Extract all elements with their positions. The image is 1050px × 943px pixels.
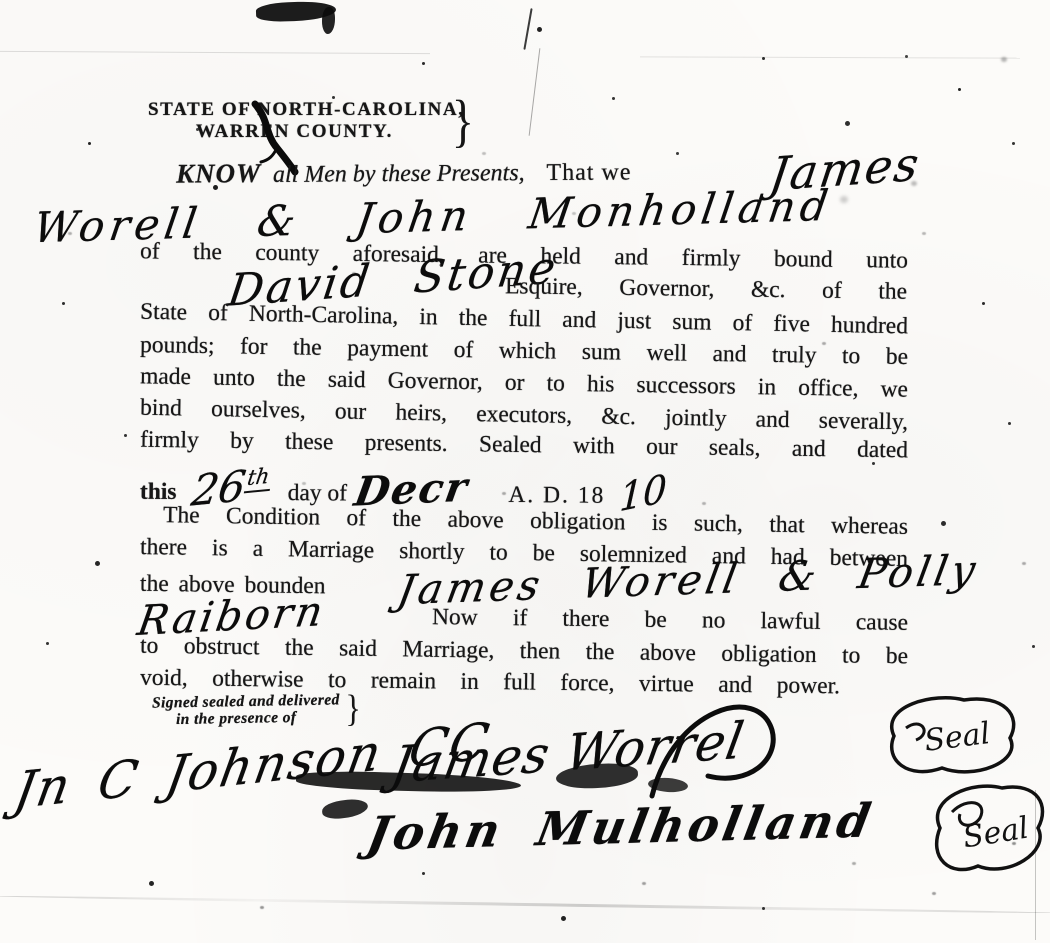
- attestation-brace: }: [345, 688, 361, 730]
- bondsman-signature: John Mulholland: [363, 793, 879, 861]
- paper-speckles-gray: [0, 0, 4, 3]
- opening-line: KNOW all Men by these Presents, That we: [176, 155, 632, 189]
- opening-rest: all Men by these Presents,: [273, 160, 525, 188]
- ink-smudge: [322, 7, 335, 34]
- seal-word: Seal: [961, 811, 1031, 856]
- know-word: KNOW: [176, 158, 261, 189]
- seal-scribble: Seal: [922, 772, 1050, 882]
- header-brace: }: [452, 88, 474, 154]
- date-this-label: this: [140, 479, 177, 505]
- date-ad-label: A. D. 18: [508, 482, 605, 509]
- fold-crease: [0, 895, 1050, 915]
- seal-scribble: Seal: [872, 688, 1024, 782]
- that-we: That we: [546, 159, 631, 186]
- day-suffix: th: [245, 463, 275, 493]
- fold-crease: [640, 56, 1020, 58]
- bond-line-esquire: Esquire, Governor, &c. of the: [505, 273, 907, 310]
- condition-line-4: Now if there be no lawful cause: [432, 604, 908, 641]
- document-page: STATE OF NORTH-CAROLINA, WARREN COUNTY. …: [0, 0, 1050, 943]
- attestation-line-2: in the presence of: [176, 709, 297, 729]
- seal-word: Seal: [922, 716, 992, 759]
- fold-crease: [0, 51, 430, 54]
- ink-hairline: [529, 48, 541, 135]
- date-dayof-label: day of: [288, 480, 348, 507]
- ink-hairline: [523, 8, 532, 50]
- ink-smudge: [321, 798, 368, 820]
